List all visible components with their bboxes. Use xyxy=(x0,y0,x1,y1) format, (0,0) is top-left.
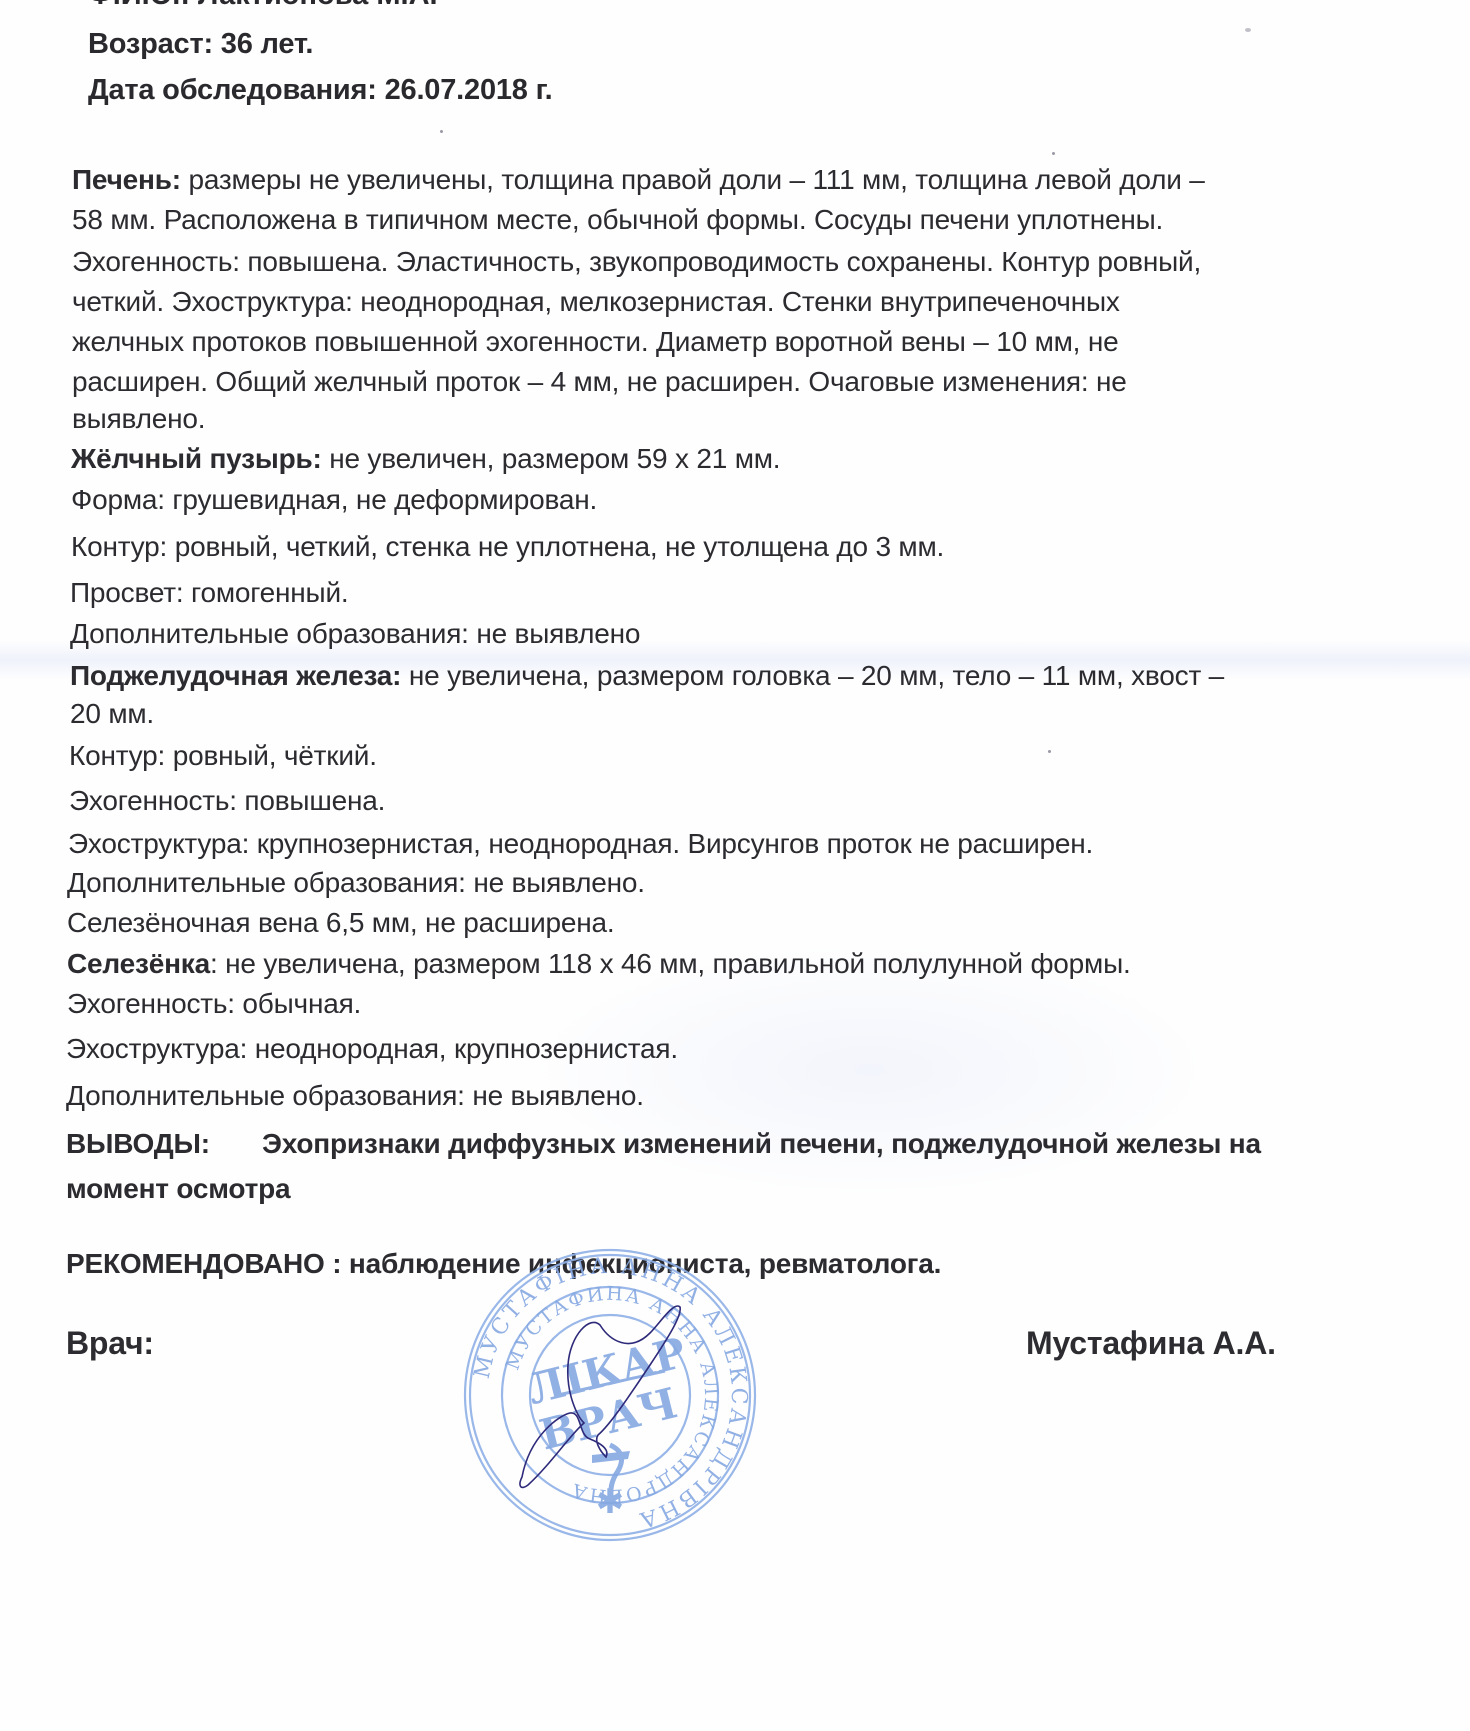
scan-dust xyxy=(1245,28,1251,32)
patient-name-clipped: Ф.И.О.: Лактионова М.А. xyxy=(88,0,438,12)
doctor-name: Мустафина А.А. xyxy=(1026,1326,1276,1360)
spleen-title: Селезёнка xyxy=(67,948,210,979)
scan-dust xyxy=(440,130,443,133)
pancreas-line-1: Поджелудочная железа: не увеличена, разм… xyxy=(70,659,1224,693)
pancreas-text: не увеличена, размером головка – 20 мм, … xyxy=(401,660,1224,691)
gallbladder-line-5: Дополнительные образования: не выявлено xyxy=(70,617,640,651)
pancreas-line-4: Эхогенность: повышена. xyxy=(69,784,385,818)
liver-line-7: выявлено. xyxy=(72,402,205,436)
liver-line-1: Печень: размеры не увеличены, толщина пр… xyxy=(72,163,1205,197)
scan-dust xyxy=(1048,750,1051,753)
pancreas-line-3: Контур: ровный, чёткий. xyxy=(69,739,377,773)
pancreas-title: Поджелудочная железа: xyxy=(70,660,401,691)
conclusion-label: ВЫВОДЫ: xyxy=(66,1127,210,1161)
doctor-stamp-icon: МУСТАФІНА АННА АЛЕКСАНДРІВНА МУСТАФИНА А… xyxy=(460,1245,760,1545)
doctor-label: Врач: xyxy=(66,1326,154,1360)
exam-date: Дата обследования: 26.07.2018 г. xyxy=(88,73,552,107)
liver-line-3: Эхогенность: повышена. Эластичность, зву… xyxy=(72,245,1201,279)
pancreas-line-5: Эхоструктура: крупнозернистая, неоднород… xyxy=(68,827,1093,861)
liver-line-4: четкий. Эхоструктура: неоднородная, мелк… xyxy=(72,285,1120,319)
liver-title: Печень: xyxy=(72,164,181,195)
conclusion-line-2: момент осмотра xyxy=(66,1172,290,1206)
spleen-line-1: Селезёнка: не увеличена, размером 118 х … xyxy=(67,947,1131,981)
pancreas-line-7: Селезёночная вена 6,5 мм, не расширена. xyxy=(67,906,614,940)
gallbladder-line-2: Форма: грушевидная, не деформирован. xyxy=(71,483,597,517)
gallbladder-line-1: Жёлчный пузырь: не увеличен, размером 59… xyxy=(71,442,780,476)
spleen-line-3: Эхоструктура: неоднородная, крупнозернис… xyxy=(66,1032,678,1066)
gallbladder-text: не увеличен, размером 59 х 21 мм. xyxy=(322,443,781,474)
liver-line-5: желчных протоков повышенной эхогенности.… xyxy=(72,325,1118,359)
gallbladder-title: Жёлчный пузырь: xyxy=(71,443,322,474)
liver-line-2: 58 мм. Расположена в типичном месте, обы… xyxy=(72,203,1163,237)
gallbladder-line-3: Контур: ровный, четкий, стенка не уплотн… xyxy=(71,530,944,564)
spleen-line-2: Эхогенность: обычная. xyxy=(67,987,361,1021)
liver-text: размеры не увеличены, толщина правой дол… xyxy=(181,164,1205,195)
spleen-line-4: Дополнительные образования: не выявлено. xyxy=(66,1079,644,1113)
gallbladder-line-4: Просвет: гомогенный. xyxy=(70,576,349,610)
spleen-text: : не увеличена, размером 118 х 46 мм, пр… xyxy=(210,948,1131,979)
patient-age: Возраст: 36 лет. xyxy=(88,27,313,61)
pancreas-line-2: 20 мм. xyxy=(70,697,154,731)
scan-dust xyxy=(1052,152,1055,155)
scanned-document-page: Ф.И.О.: Лактионова М.А. Возраст: 36 лет.… xyxy=(0,0,1470,1731)
conclusion-line-1: Эхопризнаки диффузных изменений печени, … xyxy=(262,1127,1261,1161)
liver-line-6: расширен. Общий желчный проток – 4 мм, н… xyxy=(72,365,1127,399)
pancreas-line-6: Дополнительные образования: не выявлено. xyxy=(67,866,645,900)
